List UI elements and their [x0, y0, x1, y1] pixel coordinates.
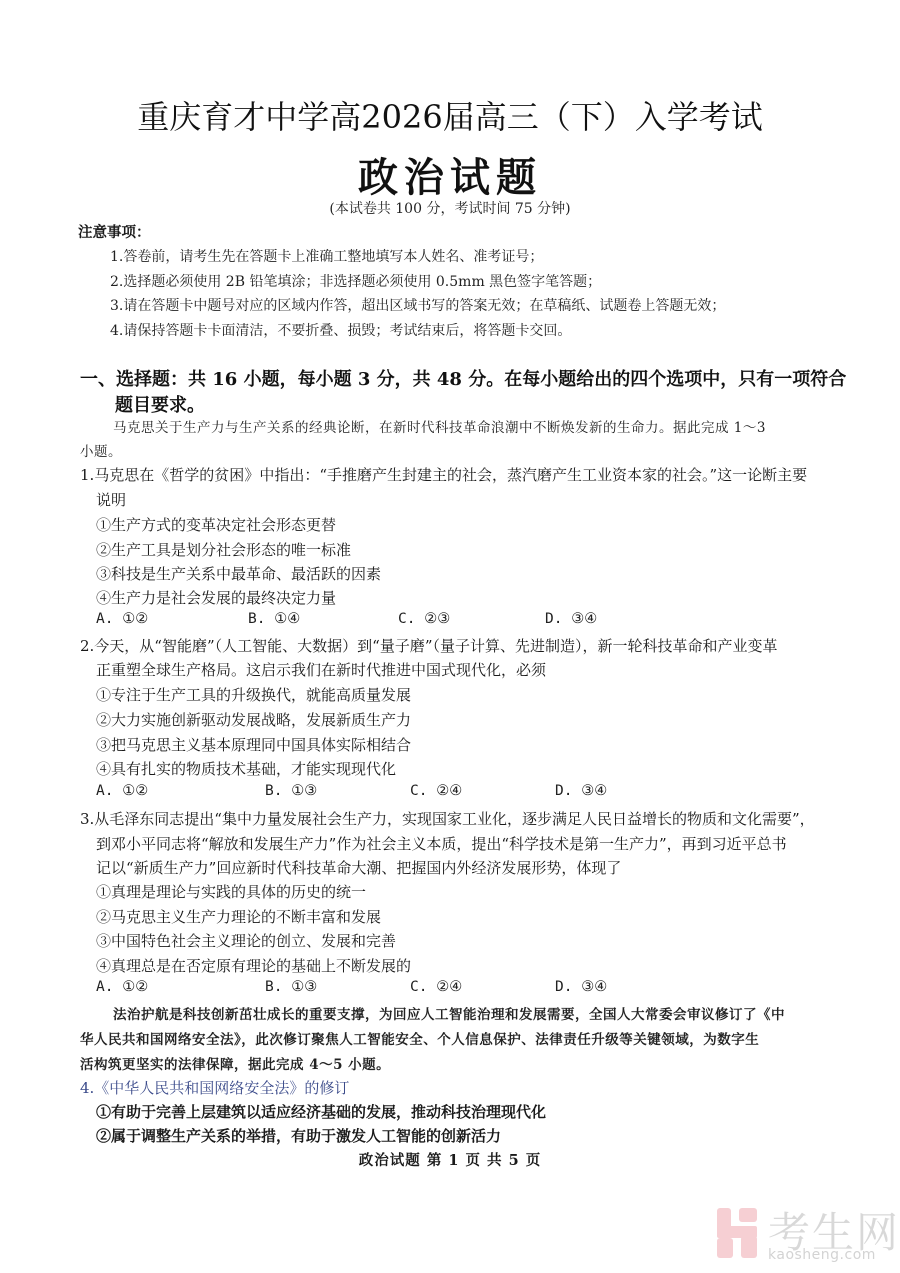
choice-b[interactable]: B. ①④ [248, 611, 300, 627]
exam-title: 重庆育才中学高2026届高三（下）入学考试 [0, 92, 900, 138]
statement-item: ①有助于完善上层建筑以适应经济基础的发展，推动科技治理现代化 [96, 1101, 546, 1122]
statement-item: ③科技是生产关系中最革命、最活跃的因素 [96, 563, 381, 584]
material-intro-cont: 小题。 [80, 440, 122, 460]
material-intro: 法治护航是科技创新茁壮成长的重要支撑，为回应人工智能治理和发展需要，全国人大常委… [113, 1003, 785, 1023]
question-stem: 4.《中华人民共和国网络安全法》的修订 [80, 1077, 349, 1098]
question-stem-cont: 说明 [96, 489, 126, 510]
statement-item: ②生产工具是划分社会形态的唯一标准 [96, 539, 351, 560]
watermark-logo-icon [717, 1208, 757, 1258]
choice-d[interactable]: D. ③④ [555, 783, 607, 799]
notice-item: 4.请保持答题卡卡面清洁，不要折叠、损毁；考试结束后，将答题卡交回。 [110, 320, 571, 340]
notice-item: 3.请在答题卡中题号对应的区域内作答，超出区域书写的答案无效；在草稿纸、试题卷上… [110, 295, 725, 315]
notice-item: 1.答卷前，请考生先在答题卡上准确工整地填写本人姓名、准考证号； [110, 246, 543, 266]
statement-item: ③把马克思主义基本原理同中国具体实际相结合 [96, 734, 411, 755]
notice-item: 2.选择题必须使用 2B 铅笔填涂；非选择题必须使用 0.5mm 黑色签字笔答题… [110, 271, 601, 291]
subject-title: 政治试题 [0, 146, 900, 203]
section-heading: 一、选择题：共 16 小题，每小题 3 分，共 48 分。在每小题给出的四个选项… [80, 365, 846, 391]
page-footer: 政治试题 第 1 页 共 5 页 [0, 1149, 900, 1170]
exam-info: (本试卷共 100 分，考试时间 75 分钟) [0, 198, 900, 218]
material-intro-cont: 华人民共和国网络安全法》，此次修订聚焦人工智能安全、个人信息保护、法律责任升级等… [80, 1028, 759, 1048]
choice-c[interactable]: C. ②③ [398, 611, 450, 627]
question-stem: 3.从毛泽东同志提出“集中力量发展社会生产力，实现国家工业化，逐步满足人民日益增… [80, 808, 815, 829]
question-stem-cont: 正重塑全球生产格局。这启示我们在新时代推进中国式现代化，必须 [96, 659, 546, 680]
statement-item: ①真理是理论与实践的具体的历史的统一 [96, 881, 366, 902]
question-stem-cont: 记以“新质生产力”回应新时代科技革命大潮、把握国内外经济发展形势，体现了 [96, 857, 621, 878]
statement-item: ④生产力是社会发展的最终决定力量 [96, 587, 336, 608]
material-intro-cont: 活构筑更坚实的法律保障，据此完成 4～5 小题。 [80, 1053, 390, 1073]
section-heading-cont: 题目要求。 [115, 391, 205, 417]
statement-item: ③中国特色社会主义理论的创立、发展和完善 [96, 930, 396, 951]
statement-item: ④真理总是在否定原有理论的基础上不断发展的 [96, 955, 411, 976]
statement-item: ①生产方式的变革决定社会形态更替 [96, 514, 336, 535]
question-stem: 1.马克思在《哲学的贫困》中指出：“手推磨产生封建主的社会，蒸汽磨产生工业资本家… [80, 464, 807, 485]
notice-heading: 注意事项： [78, 221, 151, 242]
choice-b[interactable]: B. ①③ [265, 979, 317, 995]
choice-a[interactable]: A. ①② [96, 979, 148, 995]
choice-c[interactable]: C. ②④ [410, 783, 462, 799]
choice-c[interactable]: C. ②④ [410, 979, 462, 995]
watermark-url: kaosheng.com [768, 1247, 876, 1263]
statement-item: ②大力实施创新驱动发展战略，发展新质生产力 [96, 709, 411, 730]
statement-item: ①专注于生产工具的升级换代，就能高质量发展 [96, 684, 411, 705]
choice-b[interactable]: B. ①③ [265, 783, 317, 799]
question-stem: 2.今天，从“智能磨”（人工智能、大数据）到“量子磨”（量子计算、先进制造），新… [80, 635, 778, 656]
statement-item: ②属于调整生产关系的举措，有助于激发人工智能的创新活力 [96, 1125, 501, 1146]
choice-a[interactable]: A. ①② [96, 611, 148, 627]
choice-d[interactable]: D. ③④ [555, 979, 607, 995]
question-stem-cont: 到邓小平同志将“解放和发展生产力”作为社会主义本质，提出“科学技术是第一生产力”… [96, 833, 787, 854]
choice-d[interactable]: D. ③④ [545, 611, 597, 627]
statement-item: ②马克思主义生产力理论的不断丰富和发展 [96, 906, 381, 927]
material-intro: 马克思关于生产力与生产关系的经典论断，在新时代科技革命浪潮中不断焕发新的生命力。… [113, 416, 766, 436]
statement-item: ④具有扎实的物质技术基础，才能实现现代化 [96, 758, 396, 779]
exam-page: 重庆育才中学高2026届高三（下）入学考试 政治试题 (本试卷共 100 分，考… [0, 0, 900, 1273]
choice-a[interactable]: A. ①② [96, 783, 148, 799]
